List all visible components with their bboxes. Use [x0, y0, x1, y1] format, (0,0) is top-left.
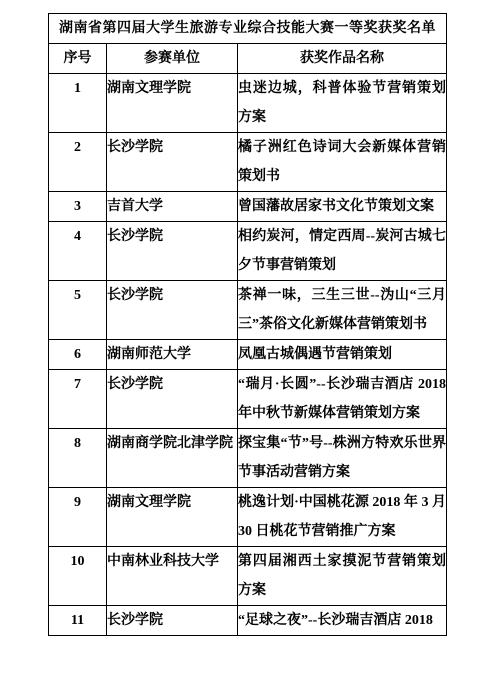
cell-work: 相约炭河，情定西周--炭河古城七夕节事营销策划: [238, 222, 447, 281]
cell-no: 9: [49, 488, 107, 547]
cell-no: 6: [49, 340, 107, 370]
cell-unit: 吉首大学: [107, 192, 238, 222]
table-row: 9 湖南文理学院 桃逸计划·中国桃花源 2018 年 3 月 30 日桃花节营销…: [49, 488, 447, 547]
cell-work: 橘子洲红色诗词大会新媒体营销策划书: [238, 133, 447, 192]
cell-no: 3: [49, 192, 107, 222]
table-row: 10 中南林业科技大学 第四届湘西土家摸泥节营销策划方案: [49, 547, 447, 606]
cell-no: 8: [49, 429, 107, 488]
cell-no: 1: [49, 74, 107, 133]
cell-unit: 湖南师范大学: [107, 340, 238, 370]
cell-work: 茶禅一味，三生三世--沩山“三月三”茶俗文化新媒体营销策划书: [238, 281, 447, 340]
cell-work: 桃逸计划·中国桃花源 2018 年 3 月 30 日桃花节营销推广方案: [238, 488, 447, 547]
cell-unit: 湖南商学院北津学院: [107, 429, 238, 488]
cell-unit: 中南林业科技大学: [107, 547, 238, 606]
header-work: 获奖作品名称: [238, 44, 447, 74]
cell-unit: 长沙学院: [107, 222, 238, 281]
table-row: 1 湖南文理学院 虫迷边城，科普体验节营销策划方案: [49, 74, 447, 133]
cell-work: 探宝集“节”号--株洲方特欢乐世界节事活动营销方案: [238, 429, 447, 488]
header-no: 序号: [49, 44, 107, 74]
table-title: 湖南省第四届大学生旅游专业综合技能大赛一等奖获奖名单: [49, 14, 447, 44]
cell-work: “足球之夜”--长沙瑞吉酒店 2018: [238, 606, 447, 636]
table-row: 11 长沙学院 “足球之夜”--长沙瑞吉酒店 2018: [49, 606, 447, 636]
award-table: 湖南省第四届大学生旅游专业综合技能大赛一等奖获奖名单 序号 参赛单位 获奖作品名…: [48, 13, 447, 636]
cell-unit: 湖南文理学院: [107, 488, 238, 547]
cell-work: 虫迷边城，科普体验节营销策划方案: [238, 74, 447, 133]
cell-no: 5: [49, 281, 107, 340]
cell-unit: 长沙学院: [107, 281, 238, 340]
cell-unit: 长沙学院: [107, 133, 238, 192]
cell-no: 7: [49, 370, 107, 429]
cell-no: 2: [49, 133, 107, 192]
cell-work: 曾国藩故居家书文化节策划文案: [238, 192, 447, 222]
table-row: 2 长沙学院 橘子洲红色诗词大会新媒体营销策划书: [49, 133, 447, 192]
table-row: 3 吉首大学 曾国藩故居家书文化节策划文案: [49, 192, 447, 222]
table-row: 7 长沙学院 “瑞月·长圆”--长沙瑞吉酒店 2018 年中秋节新媒体营销策划方…: [49, 370, 447, 429]
cell-no: 11: [49, 606, 107, 636]
table-row: 5 长沙学院 茶禅一味，三生三世--沩山“三月三”茶俗文化新媒体营销策划书: [49, 281, 447, 340]
table-row: 4 长沙学院 相约炭河，情定西周--炭河古城七夕节事营销策划: [49, 222, 447, 281]
document-page: 湖南省第四届大学生旅游专业综合技能大赛一等奖获奖名单 序号 参赛单位 获奖作品名…: [0, 0, 503, 682]
cell-unit: 长沙学院: [107, 370, 238, 429]
cell-work: 第四届湘西土家摸泥节营销策划方案: [238, 547, 447, 606]
cell-no: 4: [49, 222, 107, 281]
table-row: 6 湖南师范大学 凤凰古城偶遇节营销策划: [49, 340, 447, 370]
cell-work: “瑞月·长圆”--长沙瑞吉酒店 2018 年中秋节新媒体营销策划方案: [238, 370, 447, 429]
cell-unit: 长沙学院: [107, 606, 238, 636]
cell-unit: 湖南文理学院: [107, 74, 238, 133]
table-row: 8 湖南商学院北津学院 探宝集“节”号--株洲方特欢乐世界节事活动营销方案: [49, 429, 447, 488]
cell-no: 10: [49, 547, 107, 606]
header-row: 序号 参赛单位 获奖作品名称: [49, 44, 447, 74]
cell-work: 凤凰古城偶遇节营销策划: [238, 340, 447, 370]
title-row: 湖南省第四届大学生旅游专业综合技能大赛一等奖获奖名单: [49, 14, 447, 44]
header-unit: 参赛单位: [107, 44, 238, 74]
